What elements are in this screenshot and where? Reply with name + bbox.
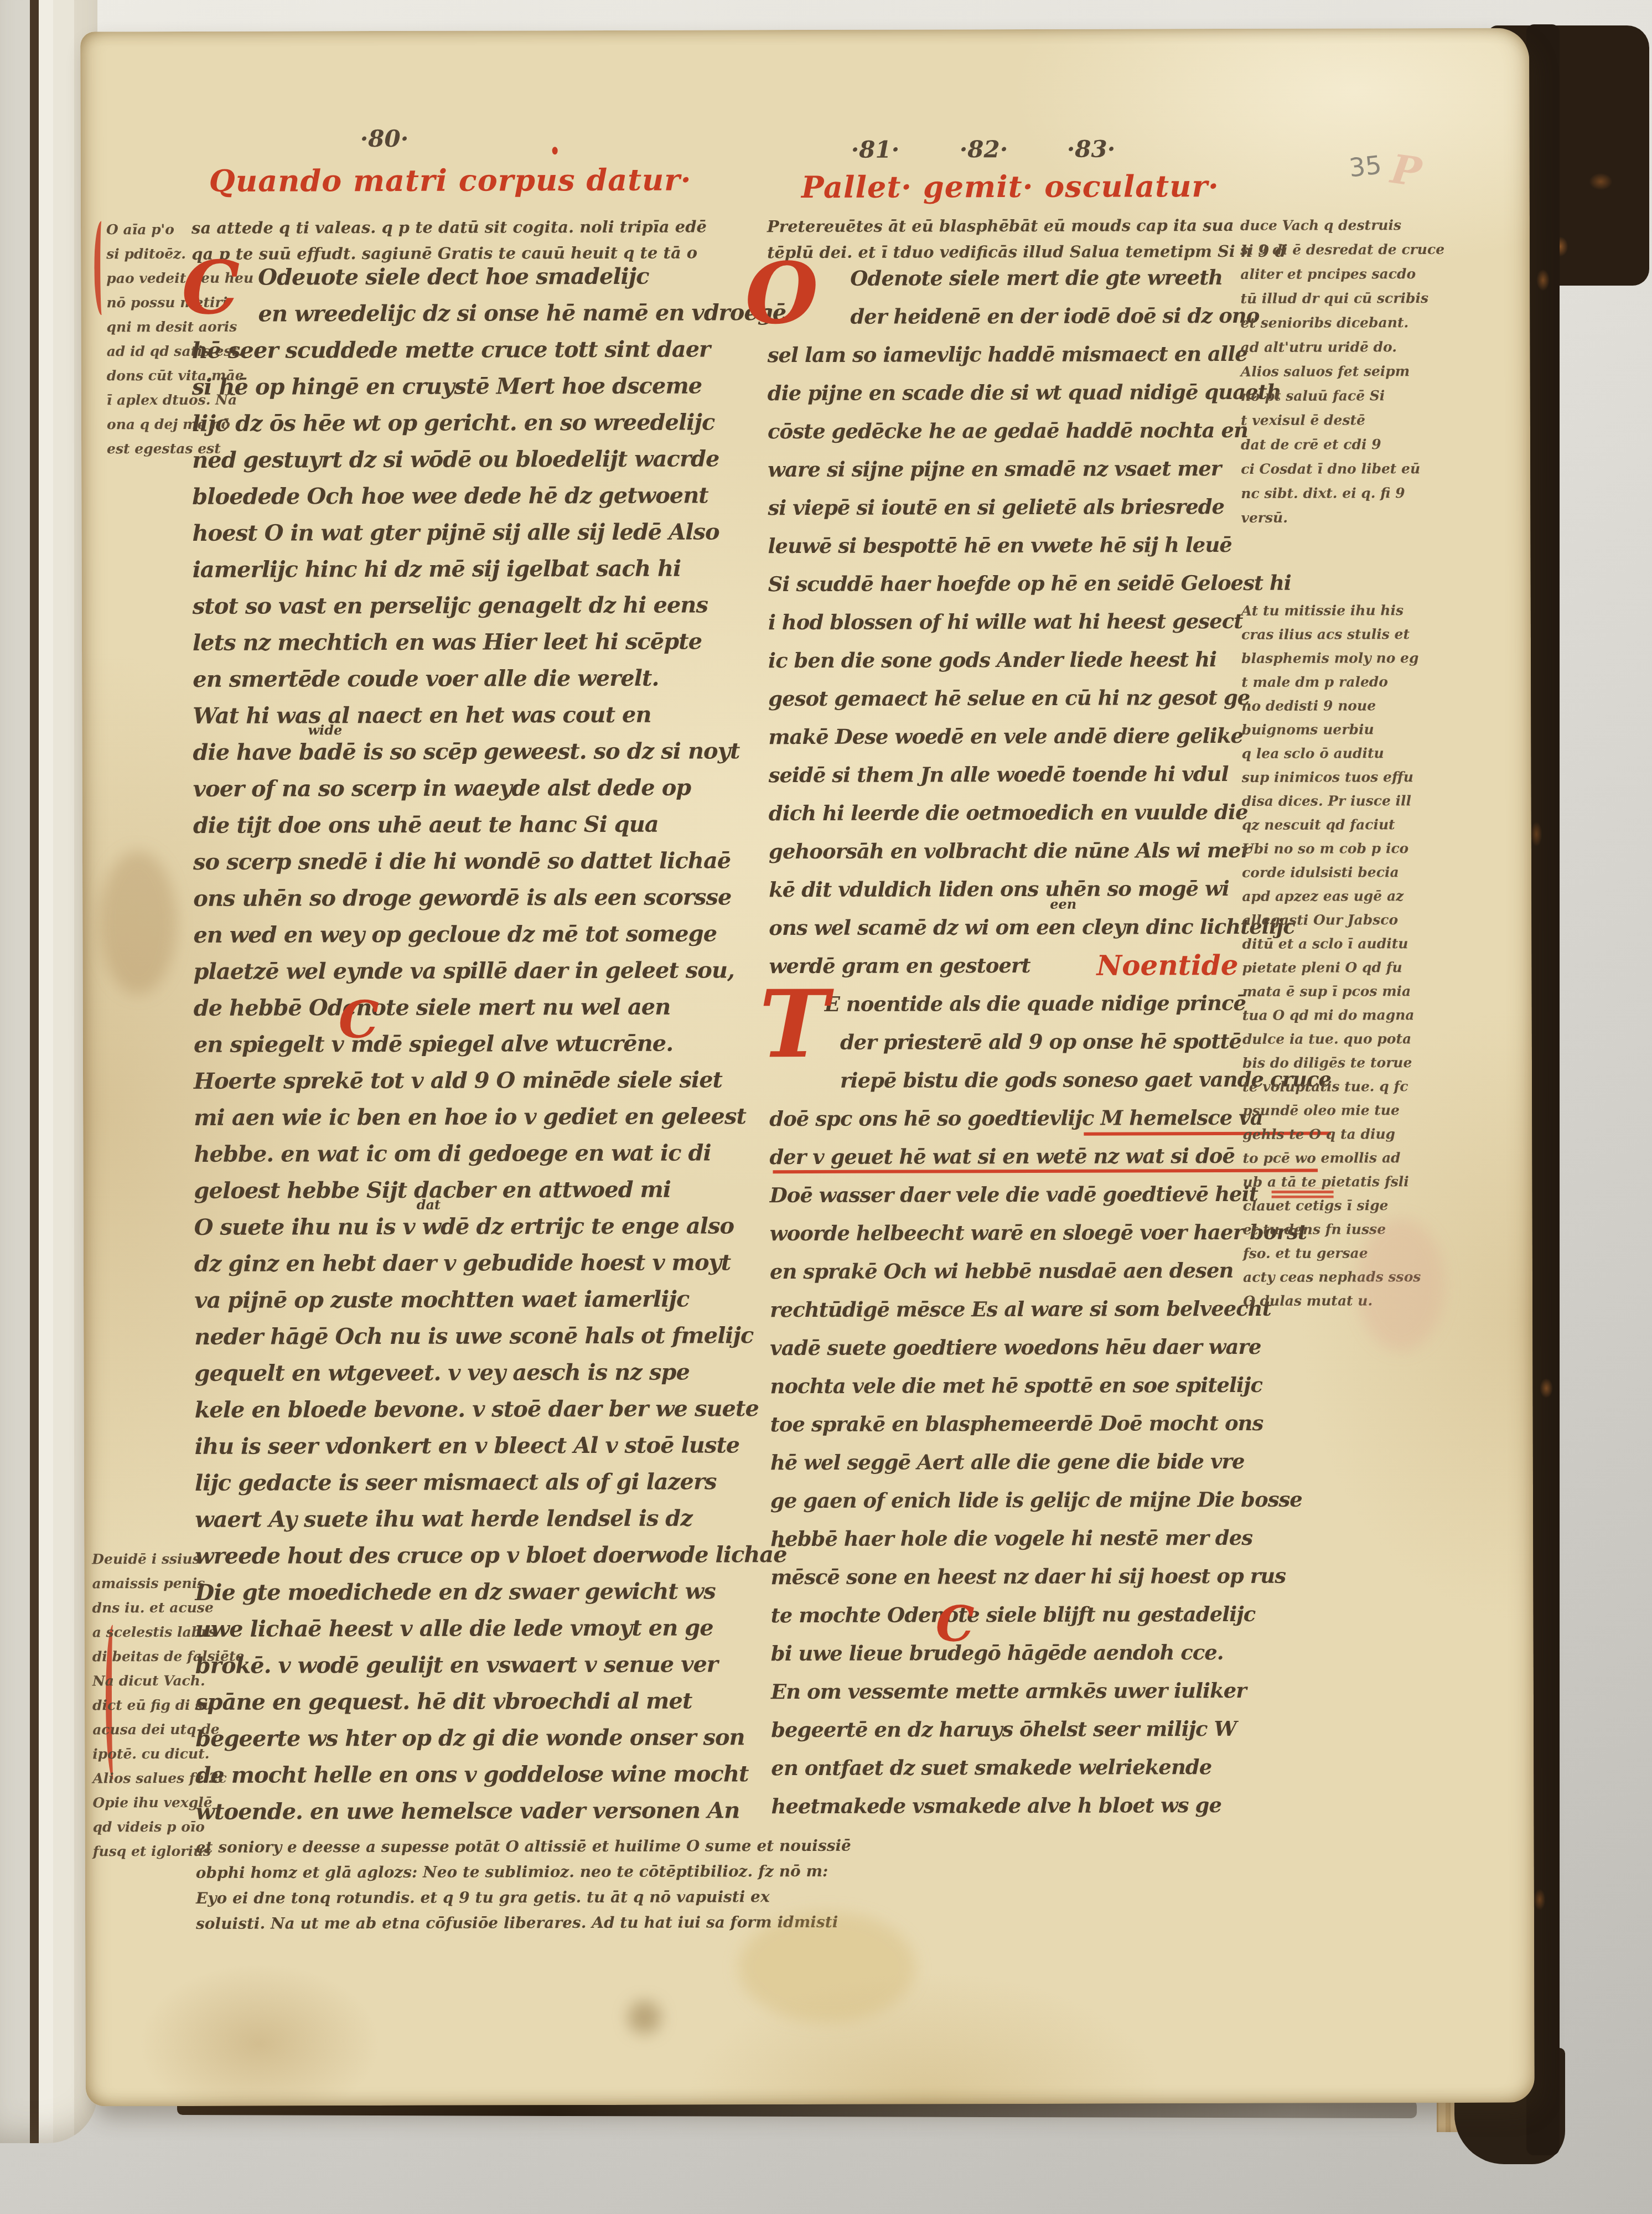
gloss-line: dat de crē et cdi 9 [1241,432,1445,457]
prologue-line: Pretereuētes āt eū blasphēbāt eū mouds c… [767,213,1286,240]
folio-number-83: ·83· [1067,136,1116,163]
inline-initial-right: C [936,1599,975,1648]
text-line: de mocht helle en ons v goddelose wine m… [195,1756,790,1794]
gloss-line: to pcē wo emollis ad [1242,1146,1421,1170]
gloss-line: allegasti Our Jabsco [1242,908,1420,932]
text-line: brokē. v wodē geulijt en vswaert v senue… [195,1646,790,1684]
gloss-line: buignoms uerbiu [1241,717,1420,742]
noentide-rubric: Noentide [1096,949,1238,982]
gloss-line: blasphemis moly no eg [1241,646,1420,670]
gloss-line: ub a tā te pietatis fsli [1242,1170,1421,1194]
text-line: lijc dz ōs hēe wt op gericht. en so wree… [192,404,786,442]
text-line: va pijnē op zuste mochtten waet iamerlij… [194,1281,789,1319]
text-line: lijc gedacte is seer mismaect als of gi … [195,1463,789,1502]
gloss-line: aliter et pncipes sacdo [1240,262,1444,287]
stain [738,1911,916,2022]
text-line: en spiegelt v mdē spiegel alve wtucrēne. [194,1025,788,1063]
text-line: kele en bloede bevone. v stoē daer ber w… [195,1390,789,1429]
gloss-line: qz nescuit qd faciut [1242,813,1420,837]
interlinear-correction: dat [417,1197,441,1213]
gloss-line: te voluptatis tue. q fc [1242,1074,1421,1099]
gloss-line: disa dices. Pr iusce ill [1242,789,1420,813]
right-margin-gloss-upper: duce Vach q destruissi 9 di ē desredat d… [1240,213,1445,530]
text-line: lets nz mechtich en was Hier leet hi scē… [193,623,787,661]
red-ink-speck [552,147,558,154]
folio-number-81: ·81· [851,136,900,163]
text-line: en smertēde coude voer alle die werelt. [193,660,787,698]
text-line: en wreedelijc dz si onse hē namē en vdro… [191,294,786,333]
text-line: begeertē en dz haruys ōhelst seer milijc… [771,1710,1333,1750]
manuscript-page: ·80· Quando matri corpus datur· ·81· ·82… [80,28,1535,2107]
text-line: te mochte Odenote siele blijft nu gestad… [771,1595,1333,1635]
gloss-line: clauet cetigs ī sige [1243,1193,1421,1218]
gloss-line: bis do diligēs te torue [1242,1051,1421,1075]
text-line: voer of na so scerp in waeyde alst dede … [193,769,788,808]
pencil-foliation: 35 [1348,149,1383,183]
text-line: uwe lichaē heest v alle die lede vmoyt e… [195,1610,790,1648]
text-line: ge gaen of enich lide is gelijc de mijne… [770,1481,1332,1520]
text-line: hoest O in wat gter pijnē sij alle sij l… [192,514,786,552]
text-line: gequelt en wtgeveet. v vey aesch is nz s… [194,1354,789,1392]
text-line: hebbe. en wat ic om di gedoege en wat ic… [194,1135,788,1173]
stain [628,2001,661,2034]
text-line: heetmakede vsmakede alve h bloet ws ge [771,1786,1333,1826]
text-line: dz ginz en hebt daer v gebudide hoest v … [194,1244,789,1282]
text-line: plaetzē wel eynde va spillē daer in gele… [193,952,788,990]
text-line: begeerte ws hter op dz gi die wonde onse… [195,1719,790,1757]
inline-initial-left: C [339,994,379,1045]
text-line: En om vessemte mette armkēs uwer iuliker [771,1672,1333,1711]
gloss-line: apd apzez eas ugē az [1242,884,1420,908]
gloss-line: no pt saluū facē Si [1241,384,1445,408]
text-line: die tijt doe ons uhē aeut te hanc Si qua [193,806,788,844]
ink-offset-letter: P [1388,145,1424,196]
text-line: mi aen wie ic ben en hoe io v gediet en … [194,1098,788,1136]
text-line: hē wel seggē Aert alle die gene die bide… [770,1442,1332,1482]
text-line: ned gestuyrt dz si wōdē ou bloedelijt wa… [192,441,786,479]
text-line: ons uhēn so droge gewordē is als een sco… [193,879,788,917]
gloss-line: mata ē sup ī pcos mia [1242,979,1421,1003]
gloss-line: t male dm p raledo [1241,670,1420,694]
gloss-line: ci Cosdat ī dno libet eū [1241,457,1445,482]
manuscript-photo: { "colors":{"rubric_red":"#c83d22","ink_… [0,0,1652,2214]
gloss-line: gehls te O q ta diug [1242,1122,1421,1146]
gloss-line: si 9 di ē desredat de cruce [1240,237,1444,262]
gloss-line: pietate pleni O qd fu [1242,955,1420,980]
gloss-line: psundē oleo mie tue [1242,1098,1421,1122]
gloss-line: cras ilius acs stulis et [1241,622,1420,646]
latin-line: obphi homz et glā aglozs: Neo te sublimi… [196,1859,851,1886]
gloss-line: corde idulsisti becia [1242,860,1420,884]
latin-line: Eyo ei dne tonq rotundis. et q 9 tu gra … [196,1884,851,1911]
text-line: en wed en wey op gecloue dz mē tot someg… [193,915,788,954]
text-line: Hoerte sprekē tot v ald 9 O minēde siele… [194,1062,788,1100]
text-line: stot so vast en perselijc genagelt dz hi… [193,587,787,625]
gloss-line: versū. [1241,505,1445,530]
prologue-line: sa attede q ti valeas. q p te datū sit c… [191,214,707,241]
gloss-line: ad alt'utru uridē do. [1241,335,1445,360]
gloss-line: sup inimicos tuos effu [1242,765,1420,789]
gloss-line: Ubi no so m cob p ico [1242,836,1420,861]
gloss-line: ditū et a sclo ī auditu [1242,932,1420,956]
text-line: geloest hebbe Sijt dacber en attwoed mi [194,1171,788,1209]
text-line: bloedede Och hoe wee dede hē dz getwoent [192,477,786,515]
text-line: vadē suete goedtiere woedons hēu daer wa… [770,1328,1332,1368]
gloss-line: tū illud dr qui cū scribis [1240,286,1444,311]
gloss-line: t vexisul ē destē [1241,408,1445,433]
text-line: toe sprakē en blasphemeerdē Doē mocht on… [770,1404,1332,1444]
gloss-line: dulce ia tue. quo pota [1242,1027,1421,1051]
text-line: hē seer scuddede mette cruce tott sint d… [192,331,786,369]
text-line: neder hāgē Och nu is uwe sconē hals ot f… [194,1317,789,1356]
text-line: hebbē haer hole die vogele hi nestē mer … [770,1519,1332,1559]
folio-number-80: ·80· [360,125,409,152]
gloss-line: nc sibt. dixt. ei q. fi 9 [1241,481,1445,506]
text-line: ihu is seer vdonkert en v bleect Al v st… [195,1427,789,1465]
text-line: wreede hout des cruce op v bloet doerwod… [195,1537,789,1575]
interlinear-correction: wide [308,722,342,738]
text-line: leuwē si bespottē hē en vwete hē sij h l… [768,526,1329,566]
gloss-line: Alios saluos fet seipm [1241,359,1445,384]
right-column-prologue: Pretereuētes āt eū blasphēbāt eū mouds c… [767,213,1286,266]
text-line: O suete ihu nu is v wdē dz ertrijc te en… [194,1208,789,1246]
text-line: Wat hi was al naect en het was cout en [193,696,787,734]
text-line: de hebbē Odenote siele mert nu wel aen [194,989,788,1027]
gloss-line: et senioribs dicebant. [1240,311,1444,335]
folio-number-82: ·82· [960,136,1008,163]
right-margin-gloss-lower: At tu mitissie ihu hiscras ilius acs stu… [1241,598,1421,1313]
text-line: iamerlijc hinc hi dz mē sij igelbat sach… [193,550,787,588]
text-line: mēscē sone en heest nz daer hi sij hoest… [770,1557,1332,1597]
text-line: wtoende. en uwe hemelsce vader versonen … [195,1792,790,1830]
latin-line: soluisti. Na ut me ab etna cōfusiōe libe… [196,1910,851,1937]
gloss-line: no dedisti 9 noue [1241,694,1420,718]
text-line: Si scuddē haer hoefde op hē en seidē Gel… [768,564,1330,604]
gloss-line: q lea sclo ō auditu [1241,741,1420,765]
running-title-right: Pallet· gemit· osculatur· [801,168,1219,205]
interlinear-correction: een [1050,896,1076,912]
gloss-line: duce Vach q destruis [1240,213,1444,238]
left-column-latin-close: et soniory e deesse a supesse potāt O al… [196,1833,852,1937]
latin-line: et soniory e deesse a supesse potāt O al… [196,1833,851,1860]
stain [99,851,177,995]
text-line: si hē op hingē en cruystē Mert hoe dscem… [192,368,786,406]
text-line: bi uwe lieue brudegō hāgēde aendoh cce. [771,1633,1333,1673]
text-line: nochta vele die met hē spottē en soe spi… [770,1366,1332,1406]
running-title-left: Quando matri corpus datur· [209,162,692,199]
stain [1356,1218,1446,1351]
left-column-text: Odeuote siele dect hoe smadelijcen wreed… [191,258,790,1830]
text-line: die have badē is so scēp geweest. so dz … [193,733,787,771]
text-line: Odeuote siele dect hoe smadelijc [191,258,786,296]
text-line: waert Ay suete ihu wat herde lendsel is … [195,1500,789,1538]
gloss-line: At tu mitissie ihu his [1241,598,1420,623]
text-line: en ontfaet dz suet smakede welriekende [771,1748,1333,1788]
text-line: so scerp snedē i die hi wondē so dattet … [193,842,788,881]
text-line: Die gte moedichede en dz swaer gewicht w… [195,1573,789,1611]
noon-initial: T [759,977,828,1070]
gloss-line: tua O qd mi do magna [1242,1003,1421,1027]
text-line: spāne en gequest. hē dit vbroechdi al me… [195,1683,790,1721]
